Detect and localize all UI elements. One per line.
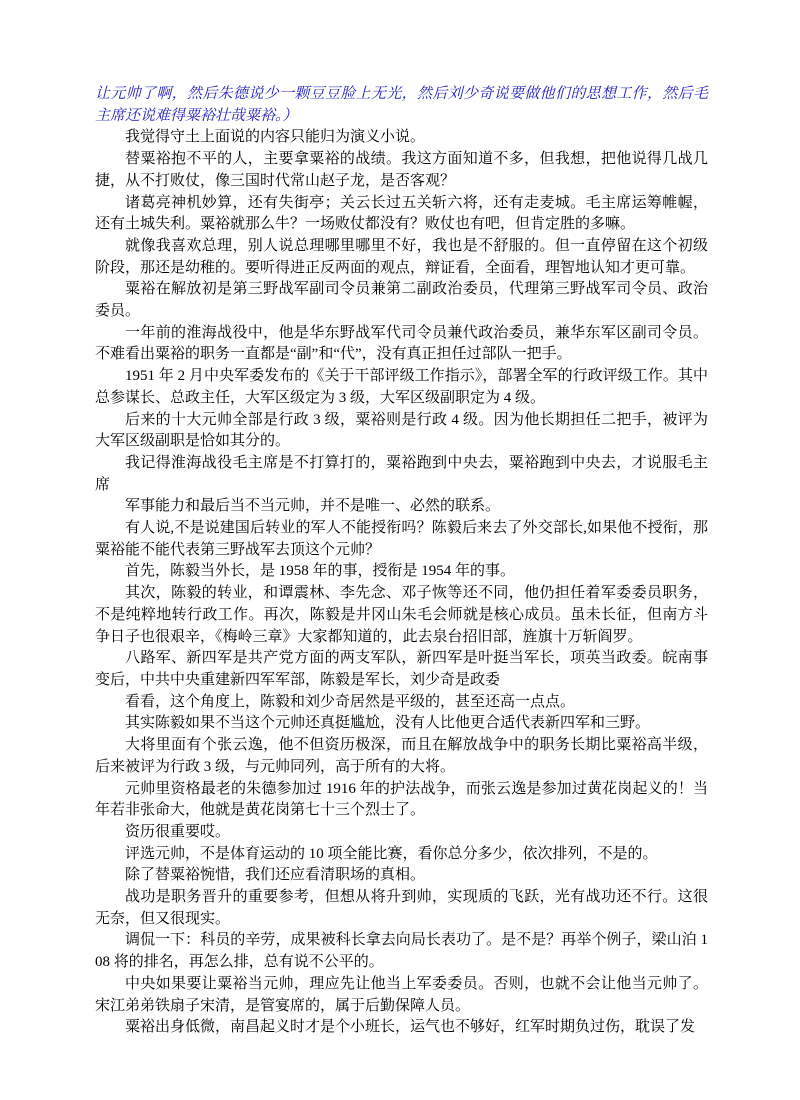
paragraph: 一年前的淮海战役中，他是华东野战军代司令员兼代政治委员，兼华东军区副司令员。不难… [95, 323, 708, 366]
paragraph: 1951 年 2 月中央军委发布的《关于干部评级工作指示》，部署全军的行政评级工… [95, 366, 708, 409]
paragraph: 就像我喜欢总理，别人说总理哪里哪里不好，我也是不舒服的。但一直停留在这个初级阶段… [95, 236, 708, 279]
paragraph: 中央如果要让粟裕当元帅，理应先让他当上军委委员。否则，也就不会让他当元帅了。宋江… [95, 974, 708, 1017]
paragraph: 战功是职务晋升的重要参考，但想从将升到帅，实现质的飞跃，光有战功还不行。这很无奈… [95, 887, 708, 930]
paragraph: 首先，陈毅当外长，是 1958 年的事，授衔是 1954 年的事。 [95, 561, 708, 583]
paragraph: 有人说,不是说建国后转业的军人不能授衔吗？陈毅后来去了外交部长,如果他不授衔，那… [95, 518, 708, 561]
paragraph: 评选元帅，不是体育运动的 10 项全能比赛，看你总分多少，依次排列，不是的。 [95, 844, 708, 866]
document-page: 让元帅了啊，然后朱德说少一颗豆豆脸上无光，然后刘少奇说要做他们的思想工作，然后毛… [0, 0, 800, 1100]
paragraph: 我记得淮海战役毛主席是不打算打的，粟裕跑到中央去，粟裕跑到中央去，才说服毛主席 [95, 453, 708, 496]
paragraph: 其次，陈毅的转业，和谭震林、李先念、邓子恢等还不同，他仍担任着军委委员职务，不是… [95, 583, 708, 648]
document-text-block: 让元帅了啊，然后朱德说少一颗豆豆脸上无光，然后刘少奇说要做他们的思想工作，然后毛… [95, 84, 708, 1039]
paragraph: 粟裕在解放初是第三野战军副司令员兼第二副政治委员，代理第三野战军司令员、政治委员… [95, 279, 708, 322]
paragraph: 大将里面有个张云逸，他不但资历极深，而且在解放战争中的职务长期比粟裕高半级，后来… [95, 735, 708, 778]
paragraph: 后来的十大元帅全部是行政 3 级，粟裕则是行政 4 级。因为他长期担任二把手，被… [95, 410, 708, 453]
paragraph: 除了替粟裕惋惜，我们还应看清职场的真相。 [95, 865, 708, 887]
paragraph: 调侃一下：科员的辛劳，成果被科长拿去向局长表功了。是不是？再举个例子，梁山泊 1… [95, 930, 708, 973]
paragraph: 看看，这个角度上，陈毅和刘少奇居然是平级的，甚至还高一点点。 [95, 692, 708, 714]
paragraph: 资历很重要哎。 [95, 822, 708, 844]
paragraph: 其实陈毅如果不当这个元帅还真挺尴尬，没有人比他更合适代表新四军和三野。 [95, 713, 708, 735]
paragraph-annotation-continuation: 让元帅了啊，然后朱德说少一颗豆豆脸上无光，然后刘少奇说要做他们的思想工作，然后毛… [95, 84, 708, 127]
paragraph: 军事能力和最后当不当元帅，并不是唯一、必然的联系。 [95, 496, 708, 518]
paragraph: 我觉得守土上面说的内容只能归为演义小说。 [95, 127, 708, 149]
paragraph: 八路军、新四军是共产党方面的两支军队，新四军是叶挺当军长，项英当政委。皖南事变后… [95, 648, 708, 691]
paragraph: 粟裕出身低微，南昌起义时才是个小班长，运气也不够好，红军时期负过伤，耽误了发 [95, 1017, 708, 1039]
paragraph: 元帅里资格最老的朱德参加过 1916 年的护法战争，而张云逸是参加过黄花岗起义的… [95, 779, 708, 822]
paragraph: 诸葛亮神机妙算，还有失街亭；关云长过五关斩六将，还有走麦城。毛主席运筹帷幄，还有… [95, 193, 708, 236]
paragraph: 替粟裕抱不平的人，主要拿粟裕的战绩。我这方面知道不多，但我想，把他说得几战几捷，… [95, 149, 708, 192]
